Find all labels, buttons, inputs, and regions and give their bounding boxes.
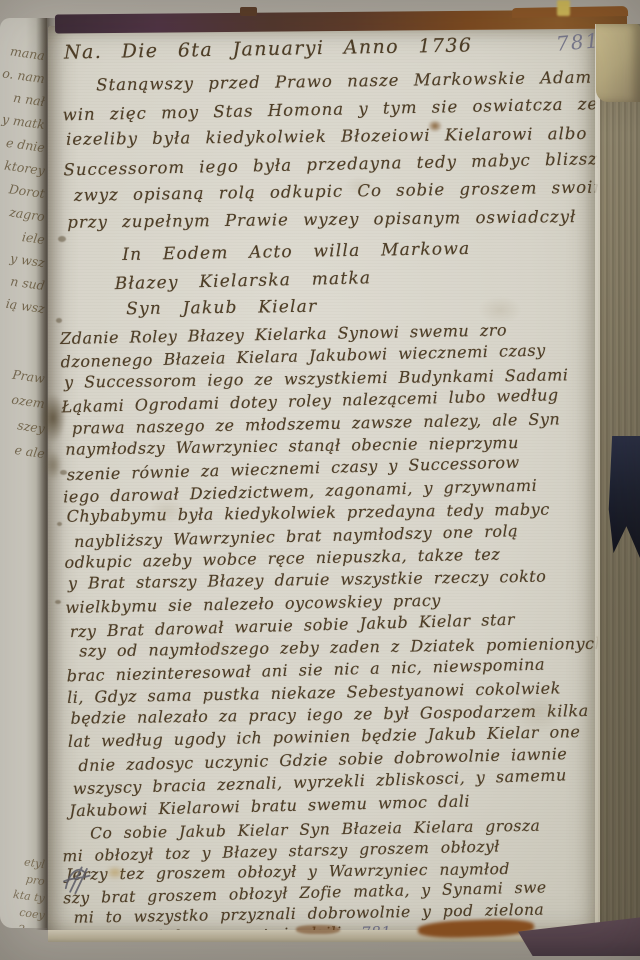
date-heading: Na. Die 6ta Januaryi Anno 1736	[64, 34, 473, 63]
ink-speck	[60, 470, 67, 475]
ink-speck	[55, 600, 61, 604]
paragraph-donation: Zdanie Roley Błazey Kielarka Synowi swem…	[60, 318, 600, 821]
binding-frayed-chunk	[512, 6, 628, 18]
manuscript-line: przy zupełnym Prawie wyzey opisanym oswi…	[67, 202, 597, 236]
page-number-pencil-top: 781	[555, 28, 600, 56]
headband-tassel	[557, 0, 570, 16]
paragraph-opening: Stanąwszy przed Prawo nasze Markowskie A…	[62, 64, 595, 237]
manuscript-page: 781 Na. Die 6ta Januaryi Anno 1736 Staną…	[48, 26, 600, 938]
paragraph-confirmation: Co sobie Jakub Kielar Syn Błazeia Kielar…	[62, 815, 592, 929]
witness-line: Syn Jakub Kielar	[126, 292, 474, 324]
photo-backdrop: manao. namn nały matke dniektoreyDorotza…	[0, 0, 640, 960]
ink-speck	[56, 318, 62, 323]
binding-tab	[240, 7, 257, 16]
witness-list: In Eodem Acto willa MarkowaBłazey Kielar…	[122, 236, 472, 325]
fore-edge-top-corner	[596, 24, 640, 102]
page-edge-highlight	[595, 24, 600, 944]
ink-speck	[57, 522, 62, 526]
rust-stain-bottom-small	[296, 925, 340, 934]
margin-pencil-mark	[60, 861, 94, 900]
ink-speck	[58, 236, 66, 242]
